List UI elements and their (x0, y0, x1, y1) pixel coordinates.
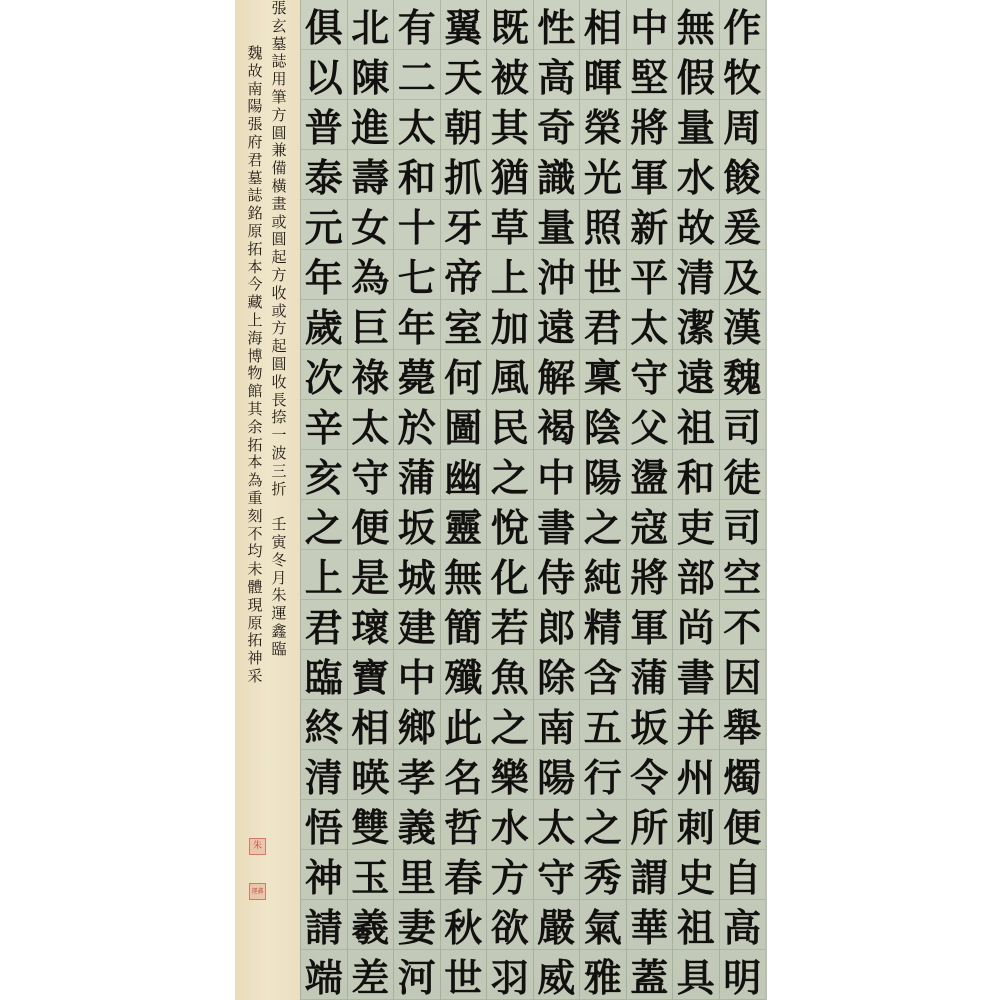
character-cell: 朝 (441, 100, 487, 150)
character-cell: 雅 (580, 950, 626, 1000)
text-column-6: 既被其猶草上加風民之悅化若魚之樂水方欲羽 (486, 0, 533, 1000)
character-cell: 祖 (673, 900, 719, 950)
seal-stamp-2: 運鑫 (249, 883, 266, 900)
character-cell: 蓋 (627, 950, 673, 1000)
colophon-char: 圓 (271, 231, 286, 249)
colophon-char: 朱 (271, 587, 286, 605)
character-cell: 陳 (348, 50, 394, 100)
character-cell: 史 (673, 850, 719, 900)
character-cell: 加 (487, 300, 533, 350)
colophon-char: 折 (271, 481, 286, 499)
colophon-char: 原 (247, 615, 262, 633)
character-cell: 將 (627, 550, 673, 600)
colophon-char: 原 (247, 223, 262, 241)
character-cell: 七 (394, 250, 440, 300)
character-cell: 於 (394, 400, 440, 450)
character-cell: 水 (673, 150, 719, 200)
character-cell: 天 (441, 50, 487, 100)
colophon-char: 魏 (247, 45, 262, 63)
colophon-char: 體 (247, 579, 262, 597)
character-cell: 吏 (673, 500, 719, 550)
character-cell: 坂 (394, 500, 440, 550)
character-cell: 年 (301, 250, 347, 300)
character-cell: 草 (487, 200, 533, 250)
character-cell: 謂 (627, 850, 673, 900)
colophon-column-1: 張玄墓誌用筆方圓兼備橫畫或圓起方收或方起圓收長捺一波三折 壬寅冬月朱運鑫臨 (268, 0, 290, 658)
character-cell: 刺 (673, 800, 719, 850)
character-cell: 空 (720, 550, 766, 600)
colophon-char: 其 (247, 401, 262, 419)
character-cell: 俱 (301, 0, 347, 50)
colophon-char: 為 (247, 472, 262, 490)
colophon-char: 府 (247, 134, 262, 152)
character-cell: 以 (301, 50, 347, 100)
character-cell: 餕 (720, 150, 766, 200)
character-cell: 蒲 (627, 650, 673, 700)
character-cell: 性 (534, 0, 580, 50)
character-cell: 水 (487, 800, 533, 850)
character-cell: 為 (348, 250, 394, 300)
character-cell: 沖 (534, 250, 580, 300)
character-cell: 嚴 (534, 900, 580, 950)
colophon-char: 方 (271, 267, 286, 285)
character-cell: 司 (720, 400, 766, 450)
character-cell: 盪 (627, 450, 673, 500)
character-cell: 靈 (441, 500, 487, 550)
character-cell: 簡 (441, 600, 487, 650)
character-cell: 量 (534, 200, 580, 250)
character-cell: 十 (394, 200, 440, 250)
seal-stamp-1: 朱 (249, 838, 266, 855)
character-cell: 除 (534, 650, 580, 700)
character-cell: 假 (673, 50, 719, 100)
text-column-4: 相暉榮光照世君稟陰陽之純精含五行之秀氣雅 (579, 0, 626, 1000)
text-column-7: 翼天朝抓牙帝室何圖幽靈無簡殲此名哲春秋世 (440, 0, 487, 1000)
character-cell: 無 (673, 0, 719, 50)
colophon-char: 起 (271, 249, 286, 267)
character-cell: 猶 (487, 150, 533, 200)
character-cell: 女 (348, 200, 394, 250)
colophon-char: 不 (247, 526, 262, 544)
character-cell: 元 (301, 200, 347, 250)
character-cell: 遠 (673, 350, 719, 400)
character-cell: 令 (627, 750, 673, 800)
character-cell: 上 (301, 550, 347, 600)
character-cell: 并 (673, 700, 719, 750)
character-cell: 行 (580, 750, 626, 800)
character-cell: 鄉 (394, 700, 440, 750)
character-cell: 作 (720, 0, 766, 50)
character-cell: 春 (441, 850, 487, 900)
character-cell: 相 (580, 0, 626, 50)
character-cell: 軍 (627, 150, 673, 200)
colophon-char: 張 (271, 0, 286, 18)
text-column-10: 俱以普泰元年歲次辛亥之上君臨終清悟神請端 (300, 0, 347, 1000)
character-cell: 平 (627, 250, 673, 300)
colophon-char: 壬 (271, 516, 286, 534)
character-cell: 及 (720, 250, 766, 300)
character-cell: 蒲 (394, 450, 440, 500)
character-cell: 太 (534, 800, 580, 850)
character-cell: 雙 (348, 800, 394, 850)
character-cell: 請 (301, 900, 347, 950)
character-cell: 和 (394, 150, 440, 200)
character-cell: 相 (348, 700, 394, 750)
character-cell: 暎 (348, 750, 394, 800)
colophon-char: 重 (247, 490, 262, 508)
colophon-column-2: 魏故南陽張府君墓誌銘原拓本今藏上海博物館其余拓本為重刻不均未體現原拓神采 (244, 45, 266, 686)
character-cell: 亥 (301, 450, 347, 500)
colophon-char: 起 (271, 338, 286, 356)
character-cell: 年 (394, 300, 440, 350)
character-cell: 羲 (348, 900, 394, 950)
character-cell: 華 (627, 900, 673, 950)
character-cell: 坂 (627, 700, 673, 750)
colophon-char: 拓 (247, 241, 262, 259)
character-cell: 奇 (534, 100, 580, 150)
character-cell: 守 (534, 850, 580, 900)
colophon-char: 寅 (271, 534, 286, 552)
character-cell: 純 (580, 550, 626, 600)
character-cell: 魚 (487, 650, 533, 700)
character-cell: 暉 (580, 50, 626, 100)
colophon-char: 誌 (247, 187, 262, 205)
character-cell: 有 (394, 0, 440, 50)
colophon-char: 現 (247, 597, 262, 615)
colophon-char: 館 (247, 383, 262, 401)
character-cell: 其 (487, 100, 533, 150)
colophon-char: 月 (271, 570, 286, 588)
character-cell: 薨 (394, 350, 440, 400)
character-cell: 周 (720, 100, 766, 150)
character-cell: 名 (441, 750, 487, 800)
character-cell: 樂 (487, 750, 533, 800)
colophon-char: 或 (271, 303, 286, 321)
character-cell: 含 (580, 650, 626, 700)
colophon-char: 冬 (271, 552, 286, 570)
colophon-char: 本 (247, 259, 262, 277)
character-cell: 神 (301, 850, 347, 900)
colophon-char: 臨 (271, 641, 286, 659)
character-cell: 不 (720, 600, 766, 650)
character-grid: 作牧周餕爰及漢魏司徒司空不因舉燭便自高明無假量水故清潔遠祖和吏部尚書并州刺史祖具… (300, 0, 765, 1000)
character-cell: 妻 (394, 900, 440, 950)
character-cell: 君 (580, 300, 626, 350)
main-text-panel: 作牧周餕爰及漢魏司徒司空不因舉燭便自高明無假量水故清潔遠祖和吏部尚書并州刺史祖具… (300, 0, 767, 1000)
character-cell: 魏 (720, 350, 766, 400)
character-cell: 新 (627, 200, 673, 250)
character-cell: 將 (627, 100, 673, 150)
character-cell: 中 (627, 0, 673, 50)
colophon-char: 采 (247, 668, 262, 686)
right-mat (765, 0, 1000, 1000)
character-cell: 褐 (534, 400, 580, 450)
character-cell: 威 (534, 950, 580, 1000)
character-cell: 高 (720, 900, 766, 950)
character-cell: 太 (394, 100, 440, 150)
character-cell: 之 (580, 500, 626, 550)
character-cell: 部 (673, 550, 719, 600)
character-cell: 之 (487, 450, 533, 500)
character-cell: 郎 (534, 600, 580, 650)
colophon-char: 收 (271, 374, 286, 392)
character-cell: 化 (487, 550, 533, 600)
colophon-char: 鑫 (271, 623, 286, 641)
character-cell: 識 (534, 150, 580, 200)
character-cell: 風 (487, 350, 533, 400)
character-cell: 秋 (441, 900, 487, 950)
colophon-char: 或 (271, 214, 286, 232)
character-cell: 具 (673, 950, 719, 1000)
character-cell: 守 (348, 450, 394, 500)
character-cell: 室 (441, 300, 487, 350)
text-column-1: 作牧周餕爰及漢魏司徒司空不因舉燭便自高明 (719, 0, 766, 1000)
colophon-char: 畫 (271, 196, 286, 214)
colophon-char: 今 (247, 276, 262, 294)
character-cell: 臨 (301, 650, 347, 700)
character-cell: 若 (487, 600, 533, 650)
colophon-char: 博 (247, 348, 262, 366)
character-cell: 和 (673, 450, 719, 500)
calligraphy-scroll: 張玄墓誌用筆方圓兼備橫畫或圓起方收或方起圓收長捺一波三折 壬寅冬月朱運鑫臨 魏故… (235, 0, 765, 1000)
character-cell: 壽 (348, 150, 394, 200)
colophon-char: 方 (271, 320, 286, 338)
character-cell: 祿 (348, 350, 394, 400)
character-cell: 君 (301, 600, 347, 650)
character-cell: 解 (534, 350, 580, 400)
character-cell: 既 (487, 0, 533, 50)
character-cell: 尚 (673, 600, 719, 650)
colophon-char: 陽 (247, 98, 262, 116)
character-cell: 辛 (301, 400, 347, 450)
character-cell: 中 (394, 650, 440, 700)
character-cell: 終 (301, 700, 347, 750)
character-cell: 太 (348, 400, 394, 450)
colophon-char: 備 (271, 160, 286, 178)
character-cell: 陰 (580, 400, 626, 450)
character-cell: 牙 (441, 200, 487, 250)
character-cell: 清 (673, 250, 719, 300)
character-cell: 燭 (720, 750, 766, 800)
character-cell: 普 (301, 100, 347, 150)
colophon-char: 收 (271, 285, 286, 303)
character-cell: 城 (394, 550, 440, 600)
colophon-char: 海 (247, 330, 262, 348)
character-cell: 悟 (301, 800, 347, 850)
character-cell: 五 (580, 700, 626, 750)
character-cell: 建 (394, 600, 440, 650)
colophon-char: 張 (247, 116, 262, 134)
character-cell: 自 (720, 850, 766, 900)
colophon-char: 一 (271, 427, 286, 445)
colophon-char: 銘 (247, 205, 262, 223)
colophon-char: 物 (247, 365, 262, 383)
character-cell: 漢 (720, 300, 766, 350)
colophon-char: 圓 (271, 125, 286, 143)
character-cell: 高 (534, 50, 580, 100)
character-cell: 端 (301, 950, 347, 1000)
character-cell: 義 (394, 800, 440, 850)
colophon-char: 墓 (271, 36, 286, 54)
character-cell: 北 (348, 0, 394, 50)
character-cell: 侍 (534, 550, 580, 600)
character-cell: 歲 (301, 300, 347, 350)
character-cell: 民 (487, 400, 533, 450)
colophon-char: 誌 (271, 53, 286, 71)
character-cell: 無 (441, 550, 487, 600)
character-cell: 故 (673, 200, 719, 250)
character-cell: 之 (301, 500, 347, 550)
colophon-char: 南 (247, 81, 262, 99)
character-cell: 翼 (441, 0, 487, 50)
character-cell: 遠 (534, 300, 580, 350)
colophon-char: 均 (247, 543, 262, 561)
character-cell: 抓 (441, 150, 487, 200)
colophon-char: 玄 (271, 18, 286, 36)
character-cell: 悅 (487, 500, 533, 550)
character-cell: 何 (441, 350, 487, 400)
character-cell: 差 (348, 950, 394, 1000)
colophon-char: 長 (271, 392, 286, 410)
colophon-char (277, 498, 282, 516)
colophon-char: 未 (247, 561, 262, 579)
character-cell: 便 (720, 800, 766, 850)
character-cell: 瓌 (348, 600, 394, 650)
colophon-char: 墓 (247, 170, 262, 188)
character-cell: 秀 (580, 850, 626, 900)
character-cell: 圖 (441, 400, 487, 450)
colophon-char: 三 (271, 463, 286, 481)
character-cell: 寇 (627, 500, 673, 550)
character-cell: 河 (394, 950, 440, 1000)
left-mat (0, 0, 235, 1000)
text-column-8: 有二太和十七年薨於蒲坂城建中鄉孝義里妻河 (393, 0, 440, 1000)
character-cell: 舉 (720, 700, 766, 750)
character-cell: 堅 (627, 50, 673, 100)
character-cell: 帝 (441, 250, 487, 300)
character-cell: 方 (487, 850, 533, 900)
character-cell: 玉 (348, 850, 394, 900)
text-column-9: 北陳進壽女為巨祿太守便是瓌寶相暎雙玉羲差 (347, 0, 394, 1000)
colophon-char: 運 (271, 605, 286, 623)
colophon-char: 拓 (247, 437, 262, 455)
character-cell: 哲 (441, 800, 487, 850)
character-cell: 幽 (441, 450, 487, 500)
colophon-char: 上 (247, 312, 262, 330)
character-cell: 殲 (441, 650, 487, 700)
character-cell: 寶 (348, 650, 394, 700)
colophon-char: 刻 (247, 508, 262, 526)
character-cell: 州 (673, 750, 719, 800)
character-cell: 陽 (580, 450, 626, 500)
character-cell: 巨 (348, 300, 394, 350)
colophon-char: 用 (271, 71, 286, 89)
character-cell: 次 (301, 350, 347, 400)
character-cell: 之 (487, 700, 533, 750)
character-cell: 軍 (627, 600, 673, 650)
character-cell: 世 (441, 950, 487, 1000)
colophon-char: 橫 (271, 178, 286, 196)
character-cell: 被 (487, 50, 533, 100)
character-cell: 所 (627, 800, 673, 850)
character-cell: 光 (580, 150, 626, 200)
character-cell: 氣 (580, 900, 626, 950)
character-cell: 量 (673, 100, 719, 150)
colophon-char: 君 (247, 152, 262, 170)
character-cell: 書 (534, 500, 580, 550)
character-cell: 里 (394, 850, 440, 900)
colophon-char: 兼 (271, 142, 286, 160)
character-cell: 父 (627, 400, 673, 450)
character-cell: 守 (627, 350, 673, 400)
character-cell: 是 (348, 550, 394, 600)
character-cell: 陽 (534, 750, 580, 800)
character-cell: 中 (534, 450, 580, 500)
character-cell: 太 (627, 300, 673, 350)
colophon-strip: 張玄墓誌用筆方圓兼備橫畫或圓起方收或方起圓收長捺一波三折 壬寅冬月朱運鑫臨 魏故… (235, 0, 300, 1000)
character-cell: 上 (487, 250, 533, 300)
text-column-5: 性高奇識量沖遠解褐中書侍郎除南陽太守嚴威 (533, 0, 580, 1000)
character-cell: 泰 (301, 150, 347, 200)
character-cell: 稟 (580, 350, 626, 400)
text-column-2: 無假量水故清潔遠祖和吏部尚書并州刺史祖具 (672, 0, 719, 1000)
colophon-char: 方 (271, 107, 286, 125)
character-cell: 書 (673, 650, 719, 700)
character-cell: 精 (580, 600, 626, 650)
colophon-char: 余 (247, 419, 262, 437)
colophon-char: 筆 (271, 89, 286, 107)
colophon-char: 藏 (247, 294, 262, 312)
character-cell: 徒 (720, 450, 766, 500)
colophon-char: 本 (247, 454, 262, 472)
character-cell: 羽 (487, 950, 533, 1000)
colophon-char: 故 (247, 63, 262, 81)
character-cell: 世 (580, 250, 626, 300)
text-column-3: 中堅將軍新平太守父盪寇將軍蒲坂令所謂華蓋 (626, 0, 673, 1000)
character-cell: 之 (580, 800, 626, 850)
character-cell: 清 (301, 750, 347, 800)
colophon-char: 波 (271, 445, 286, 463)
character-cell: 欲 (487, 900, 533, 950)
character-cell: 二 (394, 50, 440, 100)
character-cell: 照 (580, 200, 626, 250)
colophon-char: 圓 (271, 356, 286, 374)
character-cell: 潔 (673, 300, 719, 350)
colophon-char: 捺 (271, 409, 286, 427)
character-cell: 因 (720, 650, 766, 700)
character-cell: 司 (720, 500, 766, 550)
character-cell: 牧 (720, 50, 766, 100)
character-cell: 便 (348, 500, 394, 550)
character-cell: 孝 (394, 750, 440, 800)
character-cell: 南 (534, 700, 580, 750)
character-cell: 爰 (720, 200, 766, 250)
character-cell: 此 (441, 700, 487, 750)
colophon-char: 神 (247, 650, 262, 668)
colophon-char: 拓 (247, 632, 262, 650)
character-cell: 榮 (580, 100, 626, 150)
character-cell: 明 (720, 950, 766, 1000)
character-cell: 祖 (673, 400, 719, 450)
character-cell: 進 (348, 100, 394, 150)
